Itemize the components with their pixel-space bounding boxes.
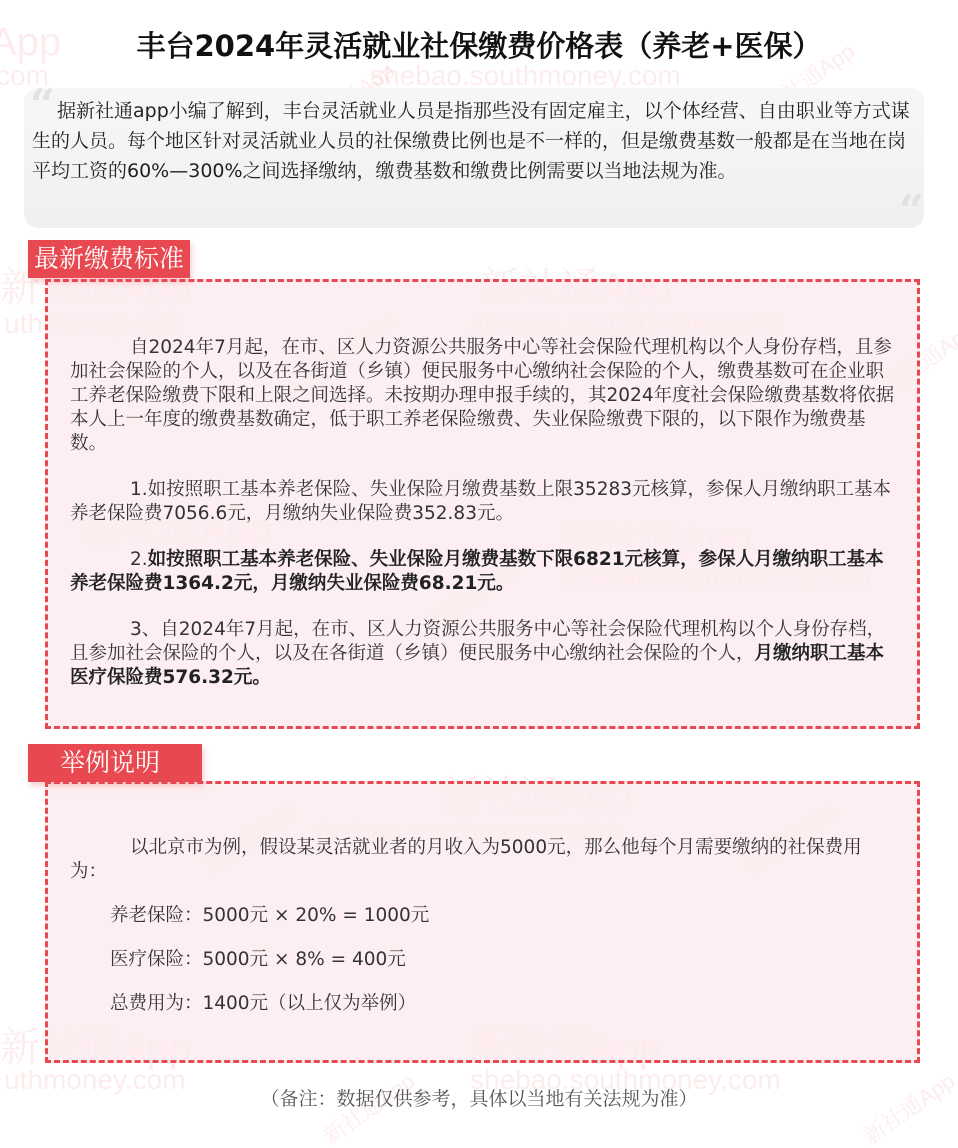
standard-item-2-bold: 如按照职工基本养老保险、失业保险月缴费基数下限6821元核算，参保人月缴纳职工基… xyxy=(70,549,884,594)
standard-item-2: 2.如按照职工基本养老保险、失业保险月缴费基数下限6821元核算，参保人月缴纳职… xyxy=(70,548,897,596)
intro-text: 据新社通app小编了解到，丰台灵活就业人员是指那些没有固定雇主，以个体经营、自由… xyxy=(32,96,914,186)
standard-paragraph: 自2024年7月起，在市、区人力资源公共服务中心等社会保险代理机构以个人身份存档… xyxy=(70,336,897,456)
intro-block: “ 据新社通app小编了解到，丰台灵活就业人员是指那些没有固定雇主，以个体经营、… xyxy=(24,88,924,228)
example-line-total: 总费用为：1400元（以上仅为举例） xyxy=(70,992,897,1016)
section-tag-standard: 最新缴费标准 xyxy=(28,240,190,278)
section-box-standard: 自2024年7月起，在市、区人力资源公共服务中心等社会保险代理机构以个人身份存档… xyxy=(45,279,920,729)
example-line-medical: 医疗保险：5000元 × 8% = 400元 xyxy=(70,948,897,972)
standard-item-2-prefix: 2. xyxy=(130,549,148,570)
example-line-pension: 养老保险：5000元 × 20% = 1000元 xyxy=(70,904,897,928)
watermark-url: shebao.southmoney.com xyxy=(370,62,681,90)
standard-item-1: 1.如按照职工基本养老保险、失业保险月缴费基数上限35283元核算，参保人月缴纳… xyxy=(70,478,897,526)
example-intro: 以北京市为例，假设某灵活就业者的月收入为5000元，那么他每个月需要缴纳的社保费… xyxy=(70,836,897,884)
page-title: 丰台2024年灵活就业社保缴费价格表（养老+医保） xyxy=(0,24,958,65)
section-box-example: 以北京市为例，假设某灵活就业者的月收入为5000元，那么他每个月需要缴纳的社保费… xyxy=(45,781,920,1063)
quote-close-icon: “ xyxy=(899,190,924,234)
quote-open-icon: “ xyxy=(30,84,55,128)
standard-item-3: 3、自2024年7月起，在市、区人力资源公共服务中心等社会保险代理机构以个人身份… xyxy=(70,618,897,690)
footnote: （备注：数据仅供参考，具体以当地有关法规为准） xyxy=(0,1084,958,1111)
section-tag-example: 举例说明 xyxy=(28,744,202,782)
